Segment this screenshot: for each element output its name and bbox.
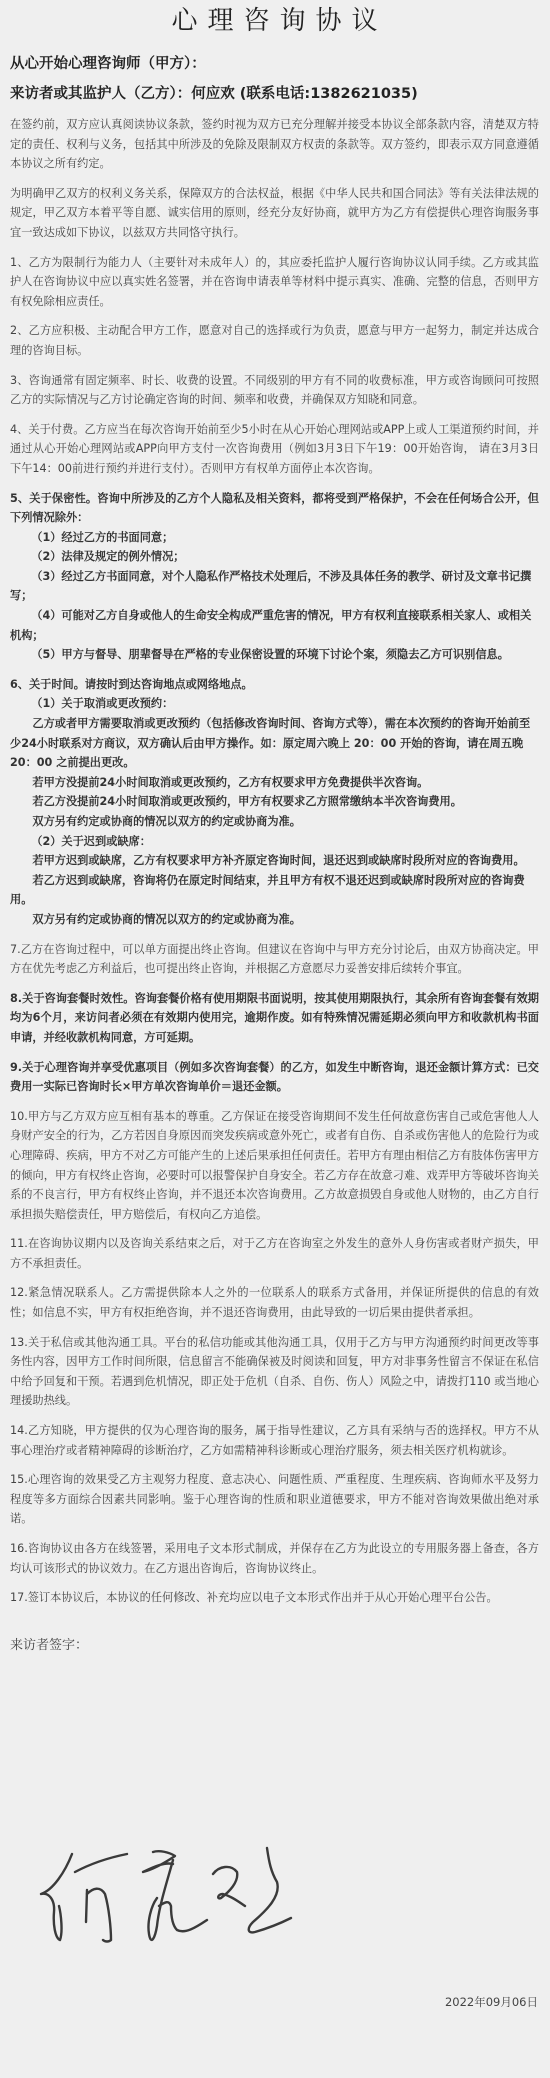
- clause-11: 11.在咨询协议期内以及咨询关系结束之后，对于乙方在咨询室之外发生的意外人身伤害…: [10, 1234, 539, 1273]
- clause-5-item-1: （1）经过乙方的书面同意；: [10, 528, 539, 548]
- clause-2: 2、乙方应积极、主动配合甲方工作，愿意对自己的选择或行为负责，愿意与甲方一起努力…: [10, 321, 539, 360]
- clause-6-sub2-b: 若乙方迟到或缺席，咨询将仍在原定时间结束，并且甲方有权不退还迟到或缺席时段所对应…: [10, 871, 539, 910]
- clause-14: 14.乙方知晓，甲方提供的仅为心理咨询的服务，属于指导性建议，乙方具有采纳与否的…: [10, 1421, 539, 1460]
- clause-5-item-5: （5）甲方与督导、朋辈督导在严格的专业保密设置的环境下讨论个案，须隐去乙方可识别…: [10, 645, 539, 665]
- clause-6-sub1-b: 若乙方没提前24小时间取消或更改预约，甲方有权要求乙方照常缴纳本半次咨询费用。: [10, 792, 539, 812]
- clause-4: 4、关于付费。乙方应当在每次咨询开始前至少5小时在从心开始心理网站或APP上或人…: [10, 420, 539, 479]
- clause-5-item-2: （2）法律及规定的例外情况；: [10, 547, 539, 567]
- party-a-heading: 从心开始心理咨询师（甲方）：: [10, 54, 539, 74]
- agreement-document: 心理咨询协议 从心开始心理咨询师（甲方）： 来访者或其监护人（乙方）：何应欢 (…: [0, 0, 550, 1656]
- intro-paragraph-2: 为明确甲乙双方的权利义务关系，保障双方的合法权益，根据《中华人民共和国合同法》等…: [10, 184, 539, 243]
- clause-6: 6、关于时间。请按时到达咨询地点或网络地点。 （1）关于取消或更改预约： 乙方或…: [10, 675, 539, 930]
- clause-13: 13.关于私信或其他沟通工具。平台的私信功能或其他沟通工具，仅用于乙方与甲方沟通…: [10, 1333, 539, 1411]
- clause-6-heading: 6、关于时间。请按时到达咨询地点或网络地点。: [10, 675, 539, 695]
- clause-6-sub1-body: 乙方或者甲方需要取消或更改预约（包括修改咨询时间、咨询方式等），需在本次预约的咨…: [10, 714, 539, 773]
- intro-paragraph-1: 在签约前，双方应认真阅读协议条款，签约时视为双方已充分理解并接受本协议全部条款内…: [10, 115, 539, 174]
- clause-6-sub2-a: 若甲方迟到或缺席，乙方有权要求甲方补齐原定咨询时间，退还迟到或缺席时段所对应的咨…: [10, 851, 539, 871]
- clause-17: 17.签订本协议后，本协议的任何修改、补充均应以电子文本形式作出并于从心开始心理…: [10, 1588, 539, 1608]
- clause-6-sub1-title: （1）关于取消或更改预约：: [10, 694, 539, 714]
- handwritten-signature-icon: [35, 1842, 295, 1957]
- clause-8: 8.关于咨询套餐时效性。咨询套餐价格有使用期限书面说明，按其使用期限执行，其余所…: [10, 989, 539, 1048]
- clause-7: 7.乙方在咨询过程中，可以单方面提出终止咨询。但建议在咨询中与甲方充分讨论后，由…: [10, 940, 539, 979]
- clause-5-item-4: （4）可能对乙方自身或他人的生命安全构成严重危害的情况，甲方有权利直接联系相关家…: [10, 606, 539, 645]
- clause-9: 9.关于心理咨询并享受优惠项目（例如多次咨询套餐）的乙方，如发生中断咨询，退还金…: [10, 1058, 539, 1097]
- clause-16: 16.咨询协议由各方在线签署，采用电子文本形式制成，并保存在乙方为此设立的专用服…: [10, 1539, 539, 1578]
- clause-6-sub2-title: （2）关于迟到或缺席：: [10, 832, 539, 852]
- page-title: 心理咨询协议: [10, 0, 539, 44]
- clause-12: 12.紧急情况联系人。乙方需提供除本人之外的一位联系人的联系方式备用，并保证所提…: [10, 1283, 539, 1322]
- clause-6-sub1-c: 双方另有约定或协商的情况以双方的约定或协商为准。: [10, 812, 539, 832]
- clause-5-heading: 5、关于保密性。咨询中所涉及的乙方个人隐私及相关资料，都将受到严格保护，不会在任…: [10, 489, 539, 528]
- clause-3: 3、咨询通常有固定频率、时长、收费的设置。不同级别的甲方有不同的收费标准，甲方或…: [10, 371, 539, 410]
- clause-15: 15.心理咨询的效果受乙方主观努力程度、意志决心、问题性质、严重程度、生理疾病、…: [10, 1470, 539, 1529]
- clause-5-item-3: （3）经过乙方书面同意，对个人隐私作严格技术处理后，不涉及具体任务的教学、研讨及…: [10, 567, 539, 606]
- clause-10: 10.甲方与乙方双方应互相有基本的尊重。乙方保证在接受咨询期间不发生任何故意伤害…: [10, 1107, 539, 1225]
- clause-6-sub2-c: 双方另有约定或协商的情况以双方的约定或协商为准。: [10, 910, 539, 930]
- signature-date: 2022年09月06日: [445, 1994, 538, 2010]
- clause-5: 5、关于保密性。咨询中所涉及的乙方个人隐私及相关资料，都将受到严格保护，不会在任…: [10, 489, 539, 665]
- party-b-heading: 来访者或其监护人（乙方）：何应欢 (联系电话:1382621035): [10, 84, 539, 104]
- clause-6-sub1-a: 若甲方没提前24小时间取消或更改预约，乙方有权要求甲方免费提供半次咨询。: [10, 773, 539, 793]
- clause-1: 1、乙方为限制行为能力人（主要针对未成年人）的，其应委托监护人履行咨询协议认同手…: [10, 253, 539, 312]
- signature-label: 来访者签字：: [10, 1636, 539, 1656]
